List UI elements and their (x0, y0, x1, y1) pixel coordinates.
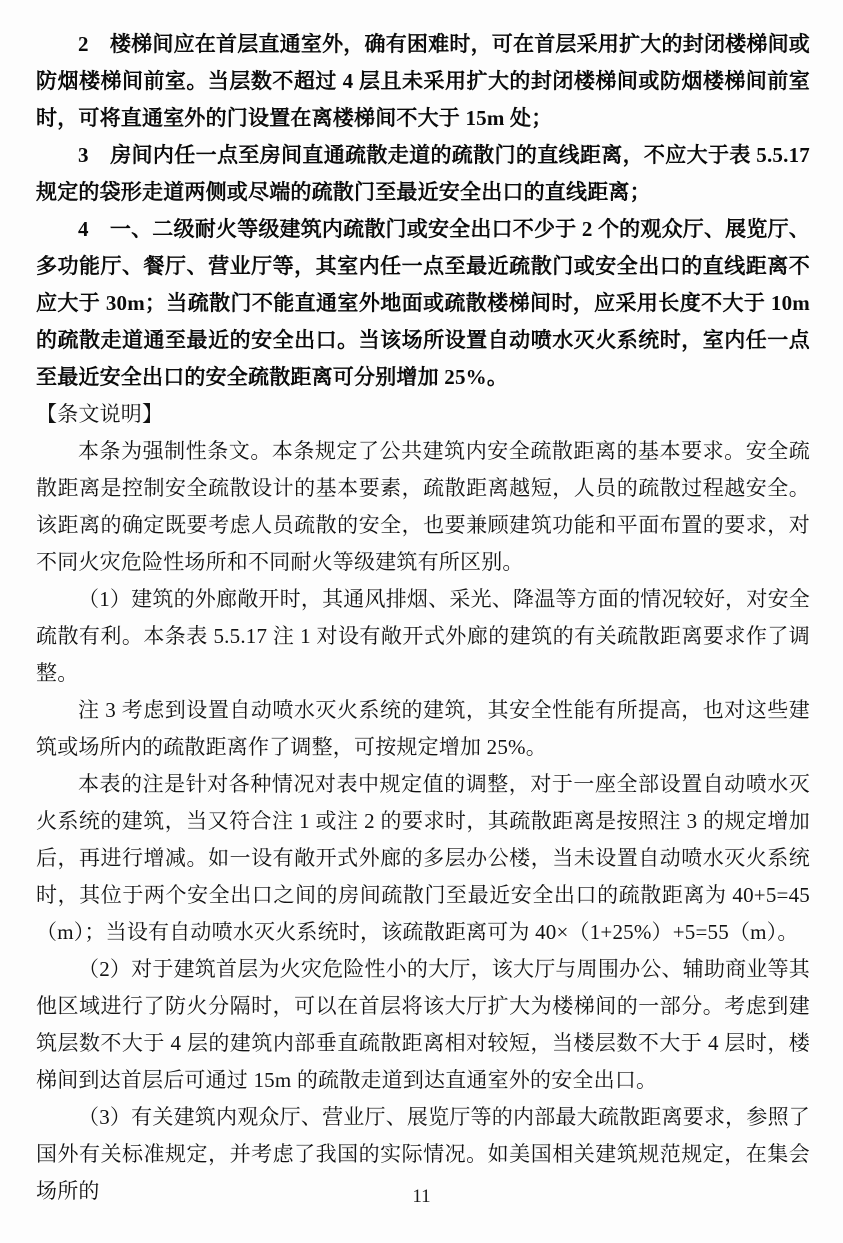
explanation-paragraph-4: 本表的注是针对各种情况对表中规定值的调整，对于一座全部设置自动喷水灭火系统的建筑… (36, 766, 810, 951)
document-page: 2 楼梯间应在首层直通室外，确有困难时，可在首层采用扩大的封闭楼梯间或防烟楼梯间… (0, 0, 843, 1243)
explanation-paragraph-3: 注 3 考虑到设置自动喷水灭火系统的建筑，其安全性能有所提高，也对这些建筑或场所… (36, 692, 810, 766)
page-number: 11 (0, 1186, 843, 1208)
clause-item-3: 3 房间内任一点至房间直通疏散走道的疏散门的直线距离，不应大于表 5.5.17 … (36, 137, 810, 211)
clause-item-2: 2 楼梯间应在首层直通室外，确有困难时，可在首层采用扩大的封闭楼梯间或防烟楼梯间… (36, 26, 810, 137)
document-body: 2 楼梯间应在首层直通室外，确有困难时，可在首层采用扩大的封闭楼梯间或防烟楼梯间… (36, 26, 810, 1210)
explanation-paragraph-1: 本条为强制性条文。本条规定了公共建筑内安全疏散距离的基本要求。安全疏散距离是控制… (36, 433, 810, 581)
clause-item-4: 4 一、二级耐火等级建筑内疏散门或安全出口不少于 2 个的观众厅、展览厅、多功能… (36, 211, 810, 396)
explanation-header: 【条文说明】 (36, 396, 810, 433)
explanation-paragraph-5: （2）对于建筑首层为火灾危险性小的大厅，该大厅与周围办公、辅助商业等其他区域进行… (36, 951, 810, 1099)
explanation-paragraph-2: （1）建筑的外廊敞开时，其通风排烟、采光、降温等方面的情况较好，对安全疏散有利。… (36, 581, 810, 692)
